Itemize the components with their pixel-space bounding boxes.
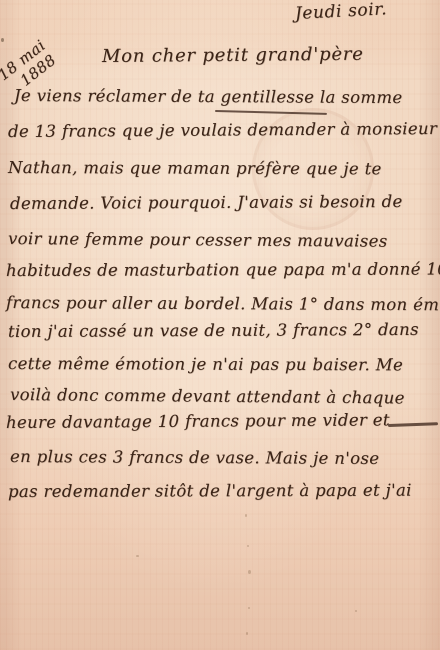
paper-speck bbox=[1, 38, 4, 42]
letter-line: pas redemander sitôt de l'argent à papa … bbox=[8, 481, 412, 501]
letter-line: tion j'ai cassé un vase de nuit, 3 franc… bbox=[8, 320, 419, 341]
letter-line: voir une femme pour cesser mes mauvaises bbox=[8, 229, 388, 251]
letter-line: francs pour aller au bordel. Mais 1° dan… bbox=[6, 293, 440, 314]
letter-line: demande. Voici pourquoi. J'avais si beso… bbox=[10, 192, 403, 213]
paper-speck bbox=[248, 607, 250, 609]
letter-page: Jeudi soir. 18 mai 1888 Mon cher petit g… bbox=[0, 0, 440, 650]
paper-speck bbox=[355, 610, 357, 612]
letter-dateline: Jeudi soir. bbox=[294, 0, 387, 24]
paper-speck bbox=[246, 632, 248, 635]
letter-line: voilà donc comme devant attendant à chaq… bbox=[10, 385, 405, 407]
letter-line: en plus ces 3 francs de vase. Mais je n'… bbox=[10, 447, 379, 468]
letter-line: habitudes de masturbation que papa m'a d… bbox=[6, 259, 440, 280]
paper-speck bbox=[245, 514, 247, 517]
paper-speck bbox=[136, 555, 139, 557]
letter-line: Je viens réclamer de ta gentillesse la s… bbox=[14, 86, 403, 107]
letter-line: de 13 francs que je voulais demander à m… bbox=[8, 119, 437, 141]
letter-line: heure davantage 10 francs pour me vider … bbox=[6, 410, 390, 432]
letter-line: cette même émotion je n'ai pas pu baiser… bbox=[8, 354, 403, 374]
paper-speck bbox=[247, 545, 249, 547]
letter-line: Nathan, mais que maman préfère que je te bbox=[8, 158, 382, 178]
letter-salutation: Mon cher petit grand'père bbox=[102, 44, 364, 67]
flourish-dash-stroke bbox=[388, 422, 438, 426]
paper-speck bbox=[248, 570, 251, 574]
